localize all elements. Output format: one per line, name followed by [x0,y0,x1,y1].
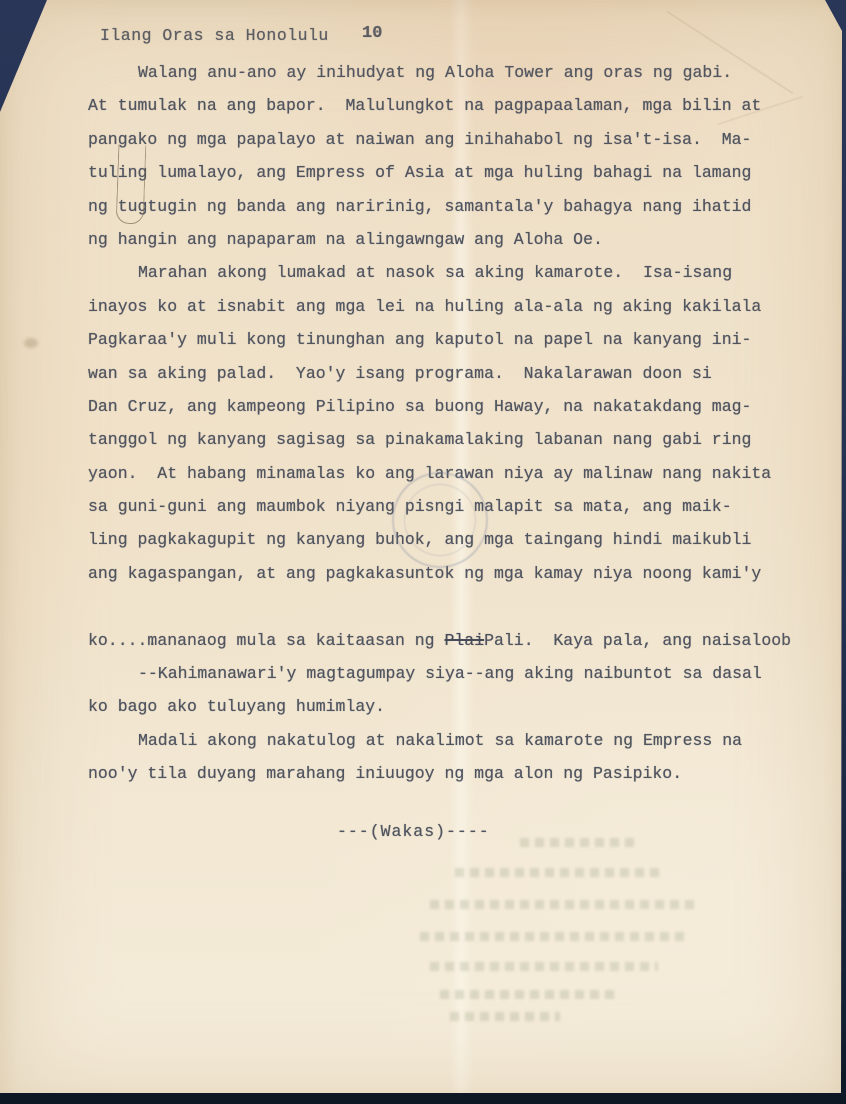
verso-ink-bleed [430,962,658,971]
strike-pre-text: mananaog mula sa kaitaasan ng [147,631,444,650]
typed-line-with-strikeout: mananaog mula sa kaitaasan ng PlaiPali. … [88,590,818,623]
end-of-text-mark: ---(Wakas)---- [337,822,490,841]
typed-line: Madali akong nakatulog at nakalimot sa k… [88,724,818,757]
verso-ink-bleed [440,990,620,999]
verso-ink-bleed [420,932,690,941]
ink-smudge [24,338,38,348]
typed-line: noo'y tila duyang marahang iniuugoy ng m… [88,757,818,790]
typed-line: tuling lumalayo, ang Empress of Asia at … [88,156,818,189]
typed-line: tanggol ng kanyang sagisag sa pinakamala… [88,423,818,456]
typed-line: ng tugtugin ng banda ang naririnig, sama… [88,190,818,223]
struck-out-word: Plai [444,631,484,650]
typed-line: pangako ng mga papalayo at naiwan ang in… [88,123,818,156]
pen-loop-mark-icon [116,145,147,225]
strike-post-text: Pali. Kaya pala, ang naisaloob [484,631,791,650]
verso-ink-bleed [450,1012,560,1021]
typed-line: Walang anu-ano ay inihudyat ng Aloha Tow… [88,56,818,89]
typed-line: inayos ko at isnabit ang mga lei na huli… [88,290,818,323]
faint-circular-stamp-icon [392,472,488,568]
scanned-document-canvas: { "doc": { "title": "Ilang Oras sa Honol… [0,0,846,1104]
typed-line: Marahan akong lumakad at nasok sa aking … [88,256,818,289]
page-title: Ilang Oras sa Honolulu [100,26,329,45]
verso-ink-bleed [455,868,660,877]
typed-line: Pagkaraa'y muli kong tinunghan ang kaput… [88,323,818,356]
typed-line: ko bago ako tuluyang humimlay. [88,690,818,723]
verso-ink-bleed [430,900,698,909]
typed-line: At tumulak na ang bapor. Malulungkot na … [88,89,818,122]
typed-line: ng hangin ang napaparam na alingawngaw a… [88,223,818,256]
typed-line: --Kahimanawari'y magtagumpay siya--ang a… [88,657,818,690]
typed-line: wan sa aking palad. Yao'y isang programa… [88,357,818,390]
verso-ink-bleed [520,838,640,847]
typewritten-page: Ilang Oras sa Honolulu 10 Walang anu-ano… [0,0,846,1104]
page-number: 10 [362,24,382,43]
page-body: Walang anu-ano ay inihudyat ng Aloha Tow… [88,56,818,791]
typed-line: Dan Cruz, ang kampeong Pilipino sa buong… [88,390,818,423]
